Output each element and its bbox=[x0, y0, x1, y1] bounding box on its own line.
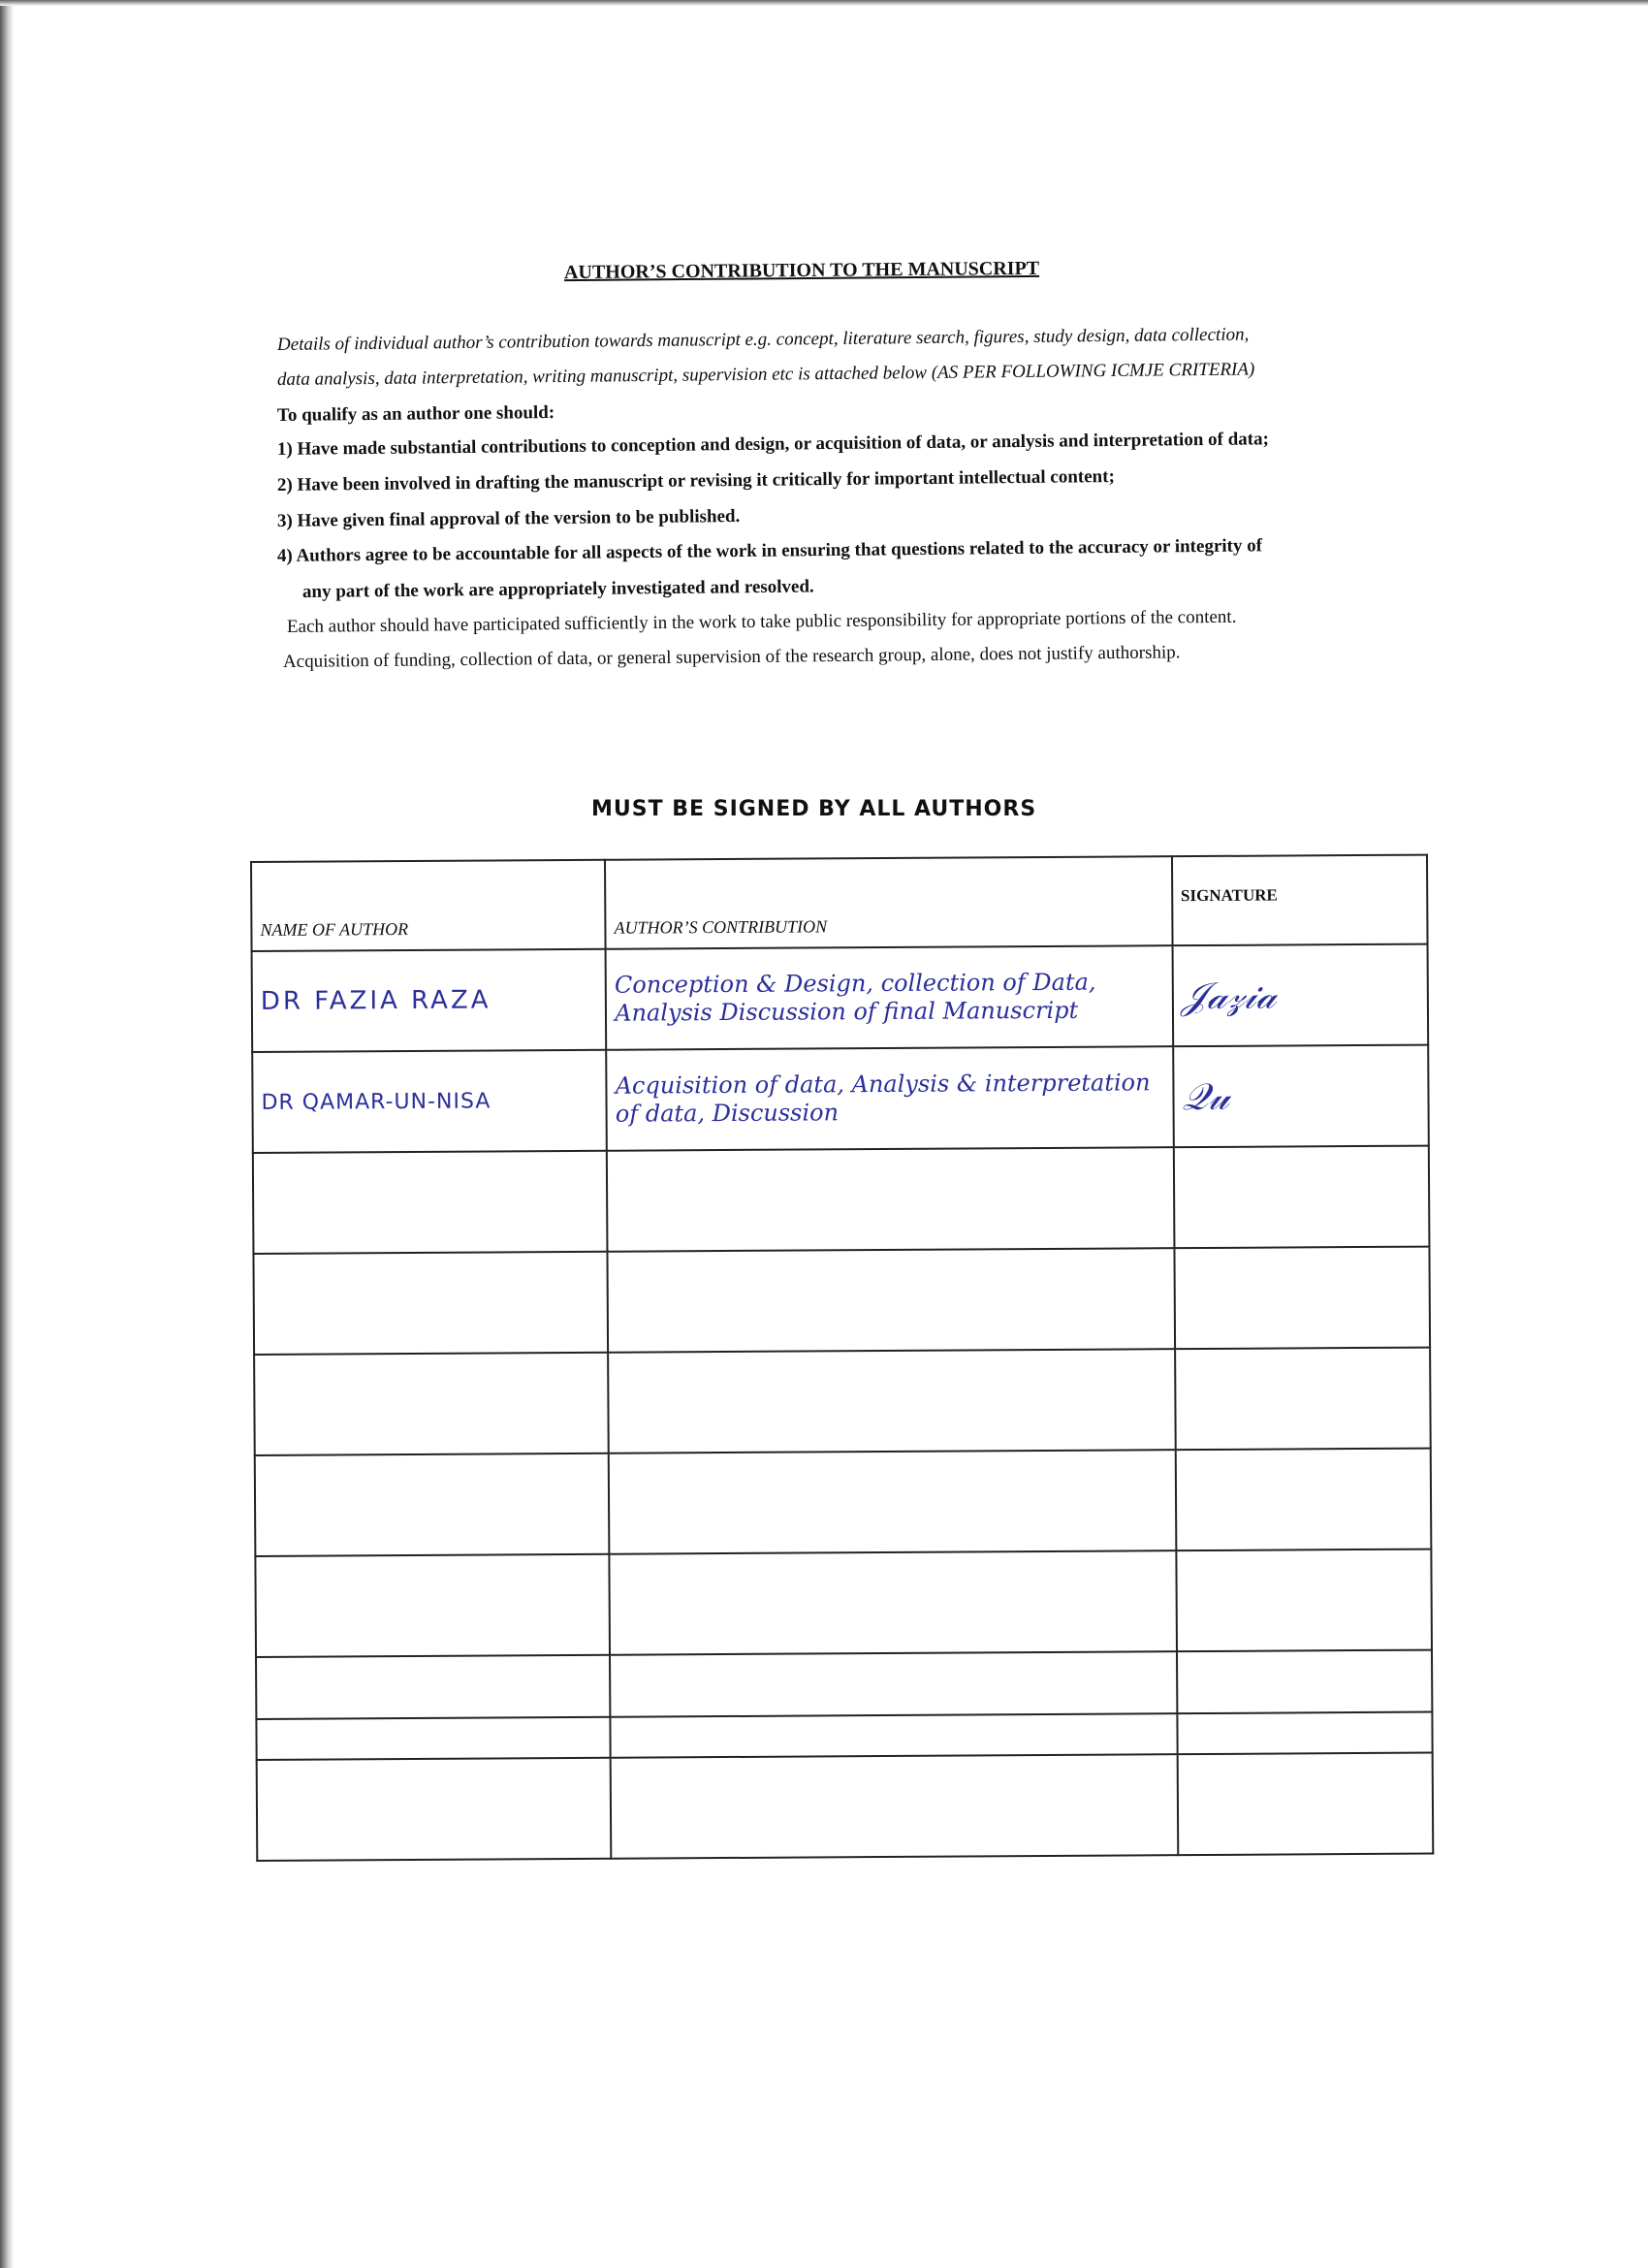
table-row-empty bbox=[253, 1247, 1430, 1355]
signature-cell[interactable] bbox=[1176, 1549, 1432, 1652]
author-contribution: Acquisition of data, Analysis & interpre… bbox=[606, 1046, 1173, 1151]
contribution-cell[interactable] bbox=[608, 1349, 1175, 1453]
table-row: DR FAZIA RAZA Conception & Design, colle… bbox=[252, 944, 1429, 1052]
header-contribution: AUTHOR’S CONTRIBUTION bbox=[605, 856, 1172, 949]
table-header-row: NAME OF AUTHOR AUTHOR’S CONTRIBUTION SIG… bbox=[251, 855, 1428, 951]
contribution-cell[interactable] bbox=[610, 1550, 1177, 1655]
criterion-1: 1) Have made substantial contributions t… bbox=[277, 429, 1269, 461]
header-name: NAME OF AUTHOR bbox=[251, 860, 606, 951]
scan-edge-shadow bbox=[0, 0, 14, 2268]
note-line-1: Each author should have participated suf… bbox=[287, 607, 1237, 638]
contribution-cell[interactable] bbox=[610, 1651, 1177, 1717]
table-row-empty bbox=[257, 1753, 1434, 1861]
name-cell[interactable] bbox=[255, 1554, 610, 1657]
header-signature: SIGNATURE bbox=[1172, 855, 1428, 946]
table-row-empty bbox=[254, 1348, 1431, 1455]
contribution-cell[interactable] bbox=[607, 1147, 1174, 1252]
table-row: DR QAMAR-UN-NISA Acquisition of data, An… bbox=[252, 1045, 1429, 1153]
criterion-4-cont: any part of the work are appropriately i… bbox=[302, 576, 814, 603]
criterion-4: 4) Authors agree to be accountable for a… bbox=[277, 535, 1262, 567]
signature-cell[interactable] bbox=[1174, 1247, 1430, 1350]
sign-heading: MUST BE SIGNED BY ALL AUTHORS bbox=[591, 797, 1036, 821]
signature-cell[interactable] bbox=[1174, 1146, 1430, 1249]
criterion-2: 2) Have been involved in drafting the ma… bbox=[277, 466, 1115, 496]
qualify-heading: To qualify as an author one should: bbox=[277, 402, 555, 427]
table-row-empty bbox=[255, 1549, 1432, 1657]
scan-top-shadow bbox=[0, 0, 1648, 6]
table-row-empty bbox=[255, 1449, 1432, 1556]
contribution-cell[interactable] bbox=[611, 1713, 1178, 1758]
name-cell[interactable] bbox=[255, 1453, 610, 1556]
note-line-2: Acquisition of funding, collection of da… bbox=[283, 642, 1181, 673]
contribution-cell[interactable] bbox=[611, 1754, 1178, 1859]
contribution-cell[interactable] bbox=[608, 1248, 1175, 1353]
name-cell[interactable] bbox=[257, 1758, 612, 1861]
name-cell[interactable] bbox=[254, 1353, 609, 1455]
signature-cell[interactable] bbox=[1176, 1449, 1432, 1551]
name-cell[interactable] bbox=[253, 1151, 608, 1254]
author-name: DR QAMAR-UN-NISA bbox=[252, 1050, 607, 1153]
criterion-3: 3) Have given final approval of the vers… bbox=[277, 506, 741, 532]
author-contribution: Conception & Design, collection of Data,… bbox=[606, 945, 1173, 1050]
name-cell[interactable] bbox=[253, 1252, 608, 1355]
table-row-empty bbox=[253, 1146, 1430, 1254]
name-cell[interactable] bbox=[256, 1655, 611, 1719]
contribution-cell[interactable] bbox=[609, 1450, 1176, 1554]
table-row-empty bbox=[256, 1650, 1432, 1719]
author-contribution-table: NAME OF AUTHOR AUTHOR’S CONTRIBUTION SIG… bbox=[250, 854, 1434, 1862]
author-name: DR FAZIA RAZA bbox=[252, 949, 607, 1052]
name-cell[interactable] bbox=[256, 1717, 610, 1760]
signature-cell[interactable] bbox=[1177, 1650, 1433, 1714]
author-signature: 𝒬𝓊 bbox=[1173, 1045, 1429, 1148]
signature-cell[interactable] bbox=[1177, 1753, 1433, 1856]
document-title: AUTHOR’S CONTRIBUTION TO THE MANUSCRIPT bbox=[564, 258, 1039, 284]
signature-cell[interactable] bbox=[1177, 1712, 1432, 1755]
table-row-empty bbox=[256, 1712, 1432, 1760]
intro-line-1: Details of individual author’s contribut… bbox=[277, 325, 1250, 356]
signature-cell[interactable] bbox=[1175, 1348, 1431, 1451]
author-signature: 𝒥𝒶𝓏𝒾𝒶 bbox=[1172, 944, 1428, 1047]
intro-line-2: data analysis, data interpretation, writ… bbox=[277, 359, 1254, 391]
